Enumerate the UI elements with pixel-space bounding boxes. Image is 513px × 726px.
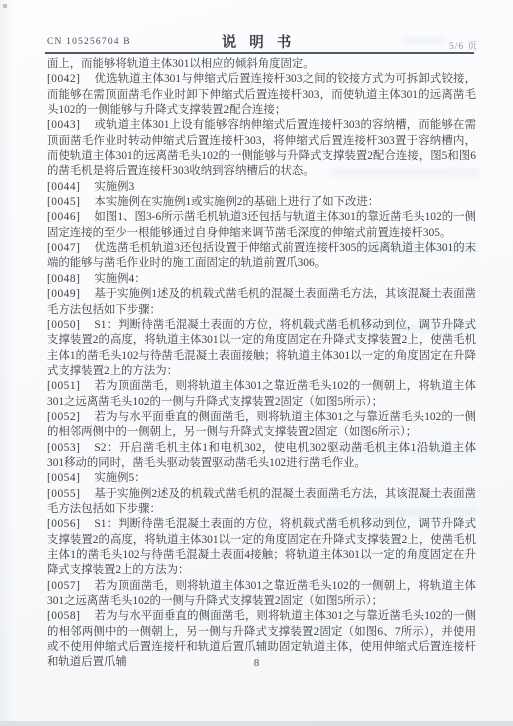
paragraph-number: [0049]: [47, 288, 80, 300]
paragraph-number: [0046]: [47, 211, 80, 223]
paragraph-text: 如图1、图3-6所示凿毛机轨道3还包括与轨道主体301的靠近凿毛头102的一侧固…: [47, 211, 476, 238]
paragraph-number: [0056]: [47, 518, 80, 530]
paragraph: [0045]本实施例在实施例1或实施例2的基础上进行了如下改进：: [47, 195, 476, 210]
paragraph: [0048]实施例4：: [47, 272, 476, 287]
paragraph: [0057]若为顶面凿毛，则将轨道主体301之靠近凿毛头102的一侧朝上，将轨道…: [47, 579, 476, 610]
paragraph: [0043]或轨道主体301上设有能够容纳伸缩式后置连接杆303的容纳槽，而能够…: [47, 118, 476, 179]
paragraph-number: [0043]: [47, 119, 80, 131]
paragraph-number: [0045]: [47, 196, 80, 208]
paragraph-text: 若为与水平面垂直的侧面凿毛，则将轨道主体301之与靠近凿毛头102的一侧的相邻两…: [47, 411, 476, 438]
scan-left-edge-shadow: [0, 0, 14, 726]
paragraph-number: [0047]: [47, 242, 80, 254]
paragraph: [0052]若为与水平面垂直的侧面凿毛，则将轨道主体301之与靠近凿毛头102的…: [47, 410, 476, 441]
paragraph: [0055]基于实施例2述及的机载式凿毛机的混凝土表面凿毛方法，其该混凝土表面凿…: [47, 487, 476, 518]
paragraph: 面上，而能够将轨道主体301以相应的倾斜角度固定。: [47, 57, 476, 72]
paragraph-number: [0053]: [47, 442, 80, 454]
paragraph: [0050]S1：判断待凿毛混凝土表面的方位，将机载式凿毛机移动到位，调节升降式…: [47, 318, 476, 379]
paragraph-text: S2：开启凿毛机主体1和电机302，使电机302驱动凿毛机主体1沿轨道主体301…: [47, 442, 476, 469]
paragraph-text: 本实施例在实施例1或实施例2的基础上进行了如下改进：: [94, 196, 379, 208]
header-rule: [45, 52, 474, 54]
sheet-page-indicator: 5/6 页: [449, 38, 478, 52]
paragraph: [0047]优选凿毛机轨道3还包括设置于伸缩式前置连接杆305的远离轨道主体30…: [47, 241, 476, 272]
paragraph-text: 实施例4：: [94, 273, 145, 285]
paragraph: [0054]实施例5：: [47, 471, 476, 486]
paragraph: [0051]若为顶面凿毛，则将轨道主体301之靠近凿毛头102的一侧朝上，将轨道…: [47, 379, 476, 410]
paragraph-number: [0050]: [47, 319, 80, 331]
paragraph-text: 优选凿毛机轨道3还包括设置于伸缩式前置连接杆305的远离轨道主体301的末端的能…: [47, 242, 476, 269]
paragraph-number: [0055]: [47, 488, 80, 500]
paragraph-text: 基于实施例2述及的机载式凿毛机的混凝土表面凿毛方法，其该混凝土表面凿毛方法包括如…: [47, 488, 476, 515]
paragraph: [0046]如图1、图3-6所示凿毛机轨道3还包括与轨道主体301的靠近凿毛头1…: [47, 210, 476, 241]
paragraph-number: [0058]: [47, 610, 80, 622]
scan-bottom-edge: [0, 721, 513, 726]
document-title: 说明书: [0, 31, 513, 52]
paragraph-text: 实施例5：: [94, 472, 145, 484]
scanned-patent-page: CN 105256704 B 说明书 5/6 页 面上，而能够将轨道主体301以…: [0, 0, 513, 726]
paragraph-text: 实施例3: [94, 181, 134, 193]
paragraph: [0044]实施例3: [47, 180, 476, 195]
paragraph-number: [0054]: [47, 472, 80, 484]
paragraph-text: 面上，而能够将轨道主体301以相应的倾斜角度固定。: [47, 58, 315, 70]
paragraph: [0042]优选轨道主体301与伸缩式后置连接杆303之间的铰接方式为可拆卸式铰…: [47, 72, 476, 118]
paragraph-text: 或轨道主体301上设有能够容纳伸缩式后置连接杆303的容纳槽，而能够在需顶面凿毛…: [47, 119, 476, 177]
paragraph-text: 优选轨道主体301与伸缩式后置连接杆303之间的铰接方式为可拆卸式铰接，而能够在…: [47, 73, 476, 116]
paragraph: [0056]S1：判断待凿毛混凝土表面的方位，将机载式凿毛机移动到位，调节升降式…: [47, 517, 476, 578]
page-number: 8: [0, 657, 513, 669]
paragraph-number: [0048]: [47, 273, 80, 285]
paragraph-number: [0052]: [47, 411, 80, 423]
paragraph-number: [0051]: [47, 380, 80, 392]
paragraph: [0053]S2：开启凿毛机主体1和电机302，使电机302驱动凿毛机主体1沿轨…: [47, 441, 476, 472]
paragraph-text: 若为顶面凿毛，则将轨道主体301之靠近凿毛头102的一侧朝上，将轨道主体301之…: [47, 580, 476, 607]
paragraph-number: [0042]: [47, 73, 80, 85]
paragraph-text: S1：判断待凿毛混凝土表面的方位，将机载式凿毛机移动到位，调节升降式支撑装置2的…: [47, 518, 476, 576]
paragraph-number: [0057]: [47, 580, 80, 592]
specification-body: 面上，而能够将轨道主体301以相应的倾斜角度固定。[0042]优选轨道主体301…: [47, 57, 476, 671]
paragraph-text: 基于实施例1述及的机载式凿毛机的混凝土表面凿毛方法，其该混凝土表面凿毛方法包括如…: [47, 288, 476, 315]
paragraph-number: [0044]: [47, 181, 80, 193]
paragraph-text: 若为顶面凿毛，则将轨道主体301之靠近凿毛头102的一侧朝上，将轨道主体301之…: [47, 380, 476, 407]
paragraph-text: S1：判断待凿毛混凝土表面的方位，将机载式凿毛机移动到位，调节升降式支撑装置2的…: [47, 319, 476, 377]
paragraph: [0049]基于实施例1述及的机载式凿毛机的混凝土表面凿毛方法，其该混凝土表面凿…: [47, 287, 476, 318]
